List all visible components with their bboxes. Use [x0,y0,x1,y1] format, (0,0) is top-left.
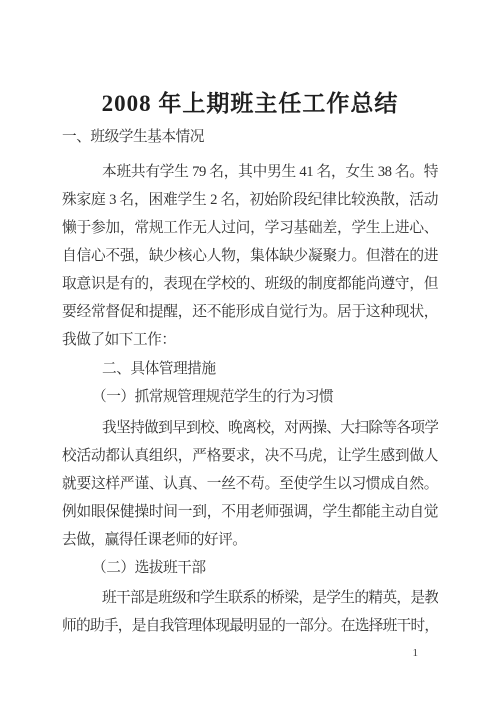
section-heading: 一、班级学生基本情况 [62,123,438,151]
section-heading: （二）选拔班干部 [62,554,438,582]
text-line: 我坚持做到早到校、晚离校，对两操、大扫除等各项学 [62,414,438,442]
text-line: 懒于参加，常规工作无人过问，学习基础差，学生上进心、 [62,214,438,242]
page-number: 1 [0,640,500,660]
text-line: 例如眼保健操时间一到，不用老师强调，学生都能主动自觉 [62,498,438,526]
section-heading: 二、具体管理措施 [62,355,438,383]
text-line: 就要这样严谨、认真、一丝不苟。至使学生以习惯成自然。 [62,470,438,498]
text-line: 师的助手，是自我管理体现最明显的一部分。在选择班干时， [62,612,438,640]
document-body: 2008 年上期班主任工作总结一、班级学生基本情况本班共有学生 79 名，其中男… [0,0,500,640]
section-heading: （一）抓常规管理规范学生的行为习惯 [62,383,438,411]
text-line: 校活动都认真组织，严格要求，决不马虎，让学生感到做人 [62,442,438,470]
text-line: 要经常督促和提醒，还不能形成自觉行为。居于这种现状， [62,298,438,326]
text-line: 自信心不强，缺少核心人物，集体缺少凝聚力。但潜在的进 [62,242,438,270]
document-title: 2008 年上期班主任工作总结 [62,87,438,121]
text-line: 我做了如下工作： [62,326,438,354]
text-line: 取意识是有的，表现在学校的、班级的制度都能尚遵守，但 [62,270,438,298]
text-line: 殊家庭 3 名，困难学生 2 名，初始阶段纪律比较涣散，活动 [62,186,438,214]
text-line: 班干部是班级和学生联系的桥梁，是学生的精英，是教 [62,584,438,612]
text-line: 去做，赢得任课老师的好评。 [62,526,438,554]
text-line: 本班共有学生 79 名，其中男生 41 名，女生 38 名。特 [62,158,438,186]
document-page: 2008 年上期班主任工作总结一、班级学生基本情况本班共有学生 79 名，其中男… [0,0,500,709]
